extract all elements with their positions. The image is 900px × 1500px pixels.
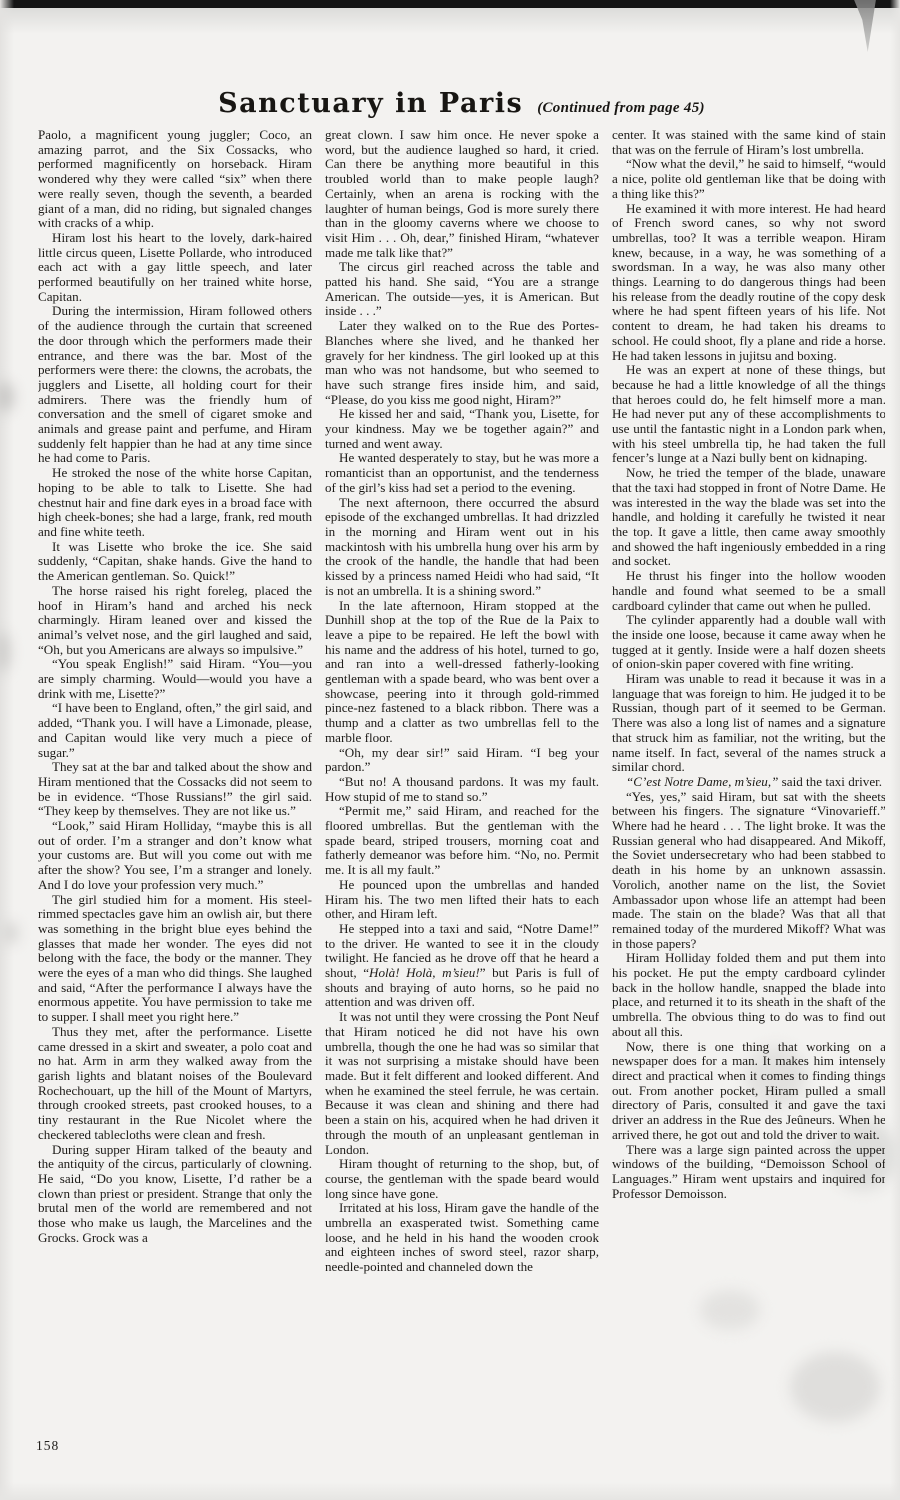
paragraph: “You speak English!” said Hiram. “You—yo…	[38, 657, 312, 701]
paragraph: Later they walked on to the Rue des Port…	[325, 319, 599, 407]
paragraph: Irritated at his loss, Hiram gave the ha…	[325, 1201, 599, 1275]
paragraph: “Now what the devil,” he said to himself…	[612, 157, 885, 201]
paragraph: Now, there is one thing that working on …	[612, 1040, 885, 1143]
paragraph: During supper Hiram talked of the beauty…	[38, 1143, 312, 1246]
paragraph: Now, he tried the temper of the blade, u…	[612, 466, 885, 569]
paragraph: “But no! A thousand pardons. It was my f…	[325, 775, 599, 804]
paragraph: It was not until they were crossing the …	[325, 1010, 599, 1157]
article-continuation-note: (Continued from page 45)	[537, 100, 705, 116]
paragraph: “I have been to England, often,” the gir…	[38, 701, 312, 760]
paragraph: “Yes, yes,” said Hiram, but sat with the…	[612, 790, 885, 952]
paragraph: Hiram was unable to read it because it w…	[612, 672, 885, 775]
text-column-1: Paolo, a magnificent young juggler; Coco…	[38, 128, 312, 1440]
article-body: Paolo, a magnificent young juggler; Coco…	[38, 128, 885, 1440]
scan-edge-fade-top	[0, 8, 900, 34]
paragraph: The horse raised his right foreleg, plac…	[38, 584, 312, 658]
paragraph: It was Lisette who broke the ice. She sa…	[38, 540, 312, 584]
paragraph: In the late afternoon, Hiram stopped at …	[325, 599, 599, 746]
scan-edge-shadow-right	[890, 0, 900, 1500]
paragraph: He stepped into a taxi and said, “Notre …	[325, 922, 599, 1010]
paragraph: There was a large sign painted across th…	[612, 1143, 885, 1202]
paragraph: He wanted desperately to stay, but he wa…	[325, 451, 599, 495]
paragraph: “Look,” said Hiram Holliday, “maybe this…	[38, 819, 312, 893]
paragraph: Hiram Holliday folded them and put them …	[612, 951, 885, 1039]
paragraph: He was an expert at none of these things…	[612, 363, 885, 466]
paragraph: The circus girl reached across the table…	[325, 260, 599, 319]
text-column-3: center. It was stained with the same kin…	[612, 128, 885, 1440]
scan-edge-shadow-top	[0, 0, 900, 8]
paragraph: The next afternoon, there occurred the a…	[325, 496, 599, 599]
paragraph: He pounced upon the umbrellas and handed…	[325, 878, 599, 922]
text-column-2: great clown. I saw him once. He never sp…	[325, 128, 599, 1440]
paragraph: “C’est Notre Dame, m’sieu,” said the tax…	[612, 775, 885, 790]
paragraph: They sat at the bar and talked about the…	[38, 760, 312, 819]
scan-smudge	[2, 922, 18, 944]
page-number: 158	[36, 1438, 59, 1454]
scan-edge-shadow-left	[0, 0, 14, 1500]
paragraph: He examined it with more interest. He ha…	[612, 202, 885, 364]
paragraph: Hiram thought of returning to the shop, …	[325, 1157, 599, 1201]
paragraph: center. It was stained with the same kin…	[612, 128, 885, 157]
paragraph: “Oh, my dear sir!” said Hiram. “I beg yo…	[325, 746, 599, 775]
paragraph: He kissed her and said, “Thank you, Lise…	[325, 407, 599, 451]
article-title: Sanctuary in Paris	[218, 88, 523, 119]
paragraph: “Permit me,” said Hiram, and reached for…	[325, 804, 599, 878]
paragraph: He thrust his finger into the hollow woo…	[612, 569, 885, 613]
paragraph: He stroked the nose of the white horse C…	[38, 466, 312, 540]
paragraph: The cylinder apparently had a double wal…	[612, 613, 885, 672]
paragraph: great clown. I saw him once. He never sp…	[325, 128, 599, 260]
paragraph: Thus they met, after the performance. Li…	[38, 1025, 312, 1143]
paragraph: Hiram lost his heart to the lovely, dark…	[38, 231, 312, 305]
scan-edge-shadow-bottom	[0, 1482, 900, 1500]
paragraph: The girl studied him for a moment. His s…	[38, 893, 312, 1025]
paragraph: During the intermission, Hiram followed …	[38, 304, 312, 466]
article-header: Sanctuary in Paris (Continued from page …	[38, 88, 885, 119]
paragraph: Paolo, a magnificent young juggler; Coco…	[38, 128, 312, 231]
